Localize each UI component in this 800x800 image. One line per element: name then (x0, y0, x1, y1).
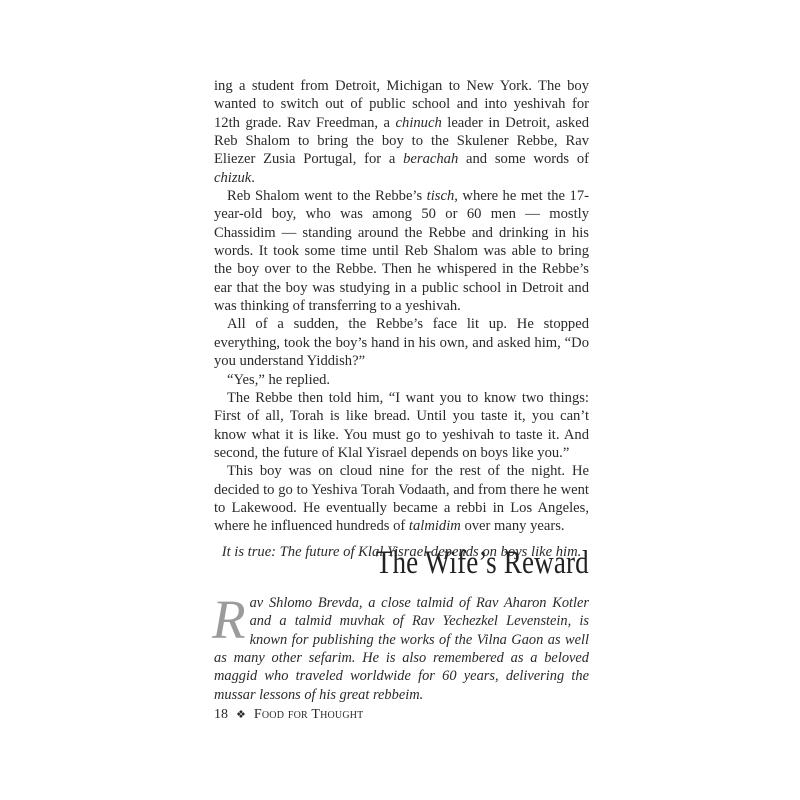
page-number: 18 (214, 707, 228, 722)
paragraph: This boy was on cloud nine for the rest … (214, 462, 589, 535)
body-text: ing a student from Detroit, Michigan to … (214, 77, 589, 561)
paragraph: Reb Shalom went to the Rebbe’s tisch, wh… (214, 187, 589, 315)
drop-cap: R (212, 596, 246, 640)
ornament-icon: ❖ (236, 709, 246, 721)
paragraph: All of a sudden, the Rebbe’s face lit up… (214, 315, 589, 370)
paragraph: “Yes,” he replied. (214, 371, 589, 389)
page-footer: 18❖Food for Thought (214, 707, 364, 723)
paragraph: ing a student from Detroit, Michigan to … (214, 77, 589, 187)
section-intro: Rav Shlomo Brevda, a close talmid of Rav… (214, 594, 589, 704)
section-heading: The Wife’s Reward (376, 545, 589, 582)
intro-text: av Shlomo Brevda, a close talmid of Rav … (214, 595, 589, 703)
running-title: Food for Thought (254, 707, 364, 722)
paragraph: The Rebbe then told him, “I want you to … (214, 389, 589, 462)
